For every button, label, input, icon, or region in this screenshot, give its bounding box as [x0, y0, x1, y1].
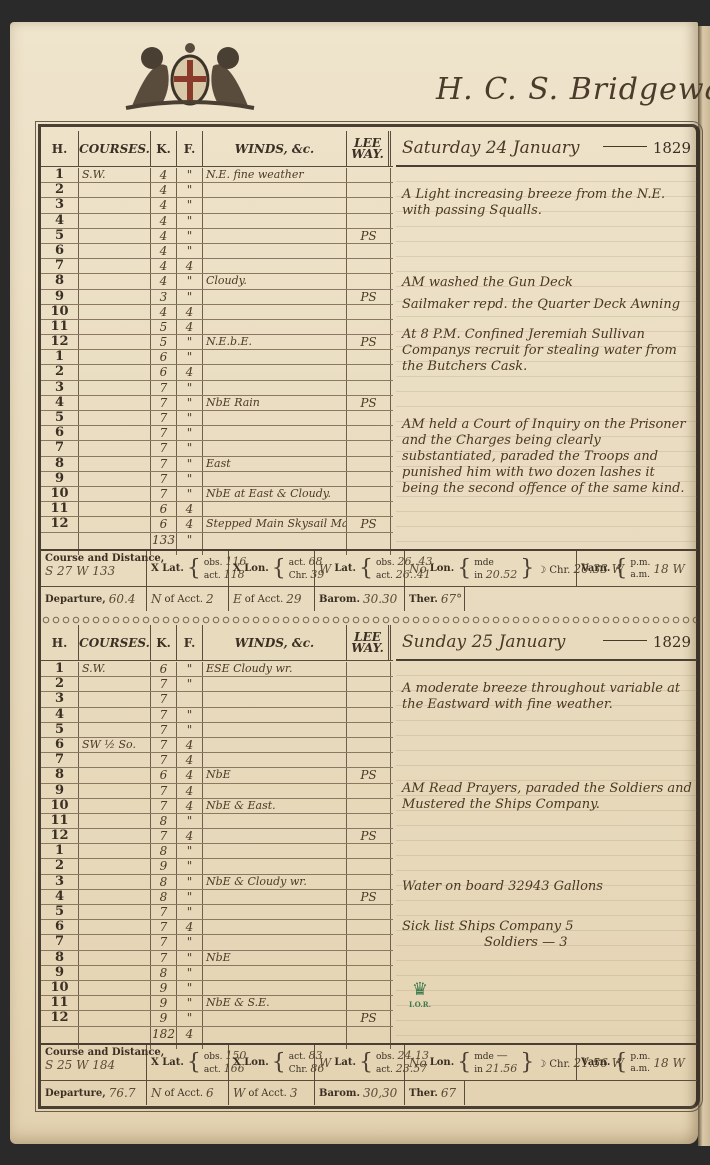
winds-cell — [203, 890, 347, 904]
fathoms-cell: " — [177, 198, 203, 212]
hour-cell: 7 — [41, 259, 79, 273]
lon-mde: — — [497, 1049, 508, 1062]
knots-cell: 6 — [151, 768, 177, 782]
hour-cell: 6 — [41, 244, 79, 258]
w-acct-label: of Acct. — [248, 1088, 287, 1099]
leeway-cell — [347, 274, 391, 288]
table-row: 264 — [41, 365, 393, 380]
date-dash — [603, 640, 647, 641]
fathoms-cell: " — [177, 244, 203, 258]
hour-cell: 8 — [41, 274, 79, 288]
course-cell — [79, 1011, 151, 1025]
journal-entry: AM Read Prayers, paraded the Soldiers an… — [402, 781, 694, 813]
n-acct-direction: N — [151, 592, 162, 606]
knots-cell: 4 — [151, 305, 177, 319]
leeway-cell — [347, 799, 391, 813]
hour-cell: 10 — [41, 487, 79, 501]
table-row: 44" — [41, 214, 393, 229]
course-cell — [79, 708, 151, 722]
winds-cell — [203, 411, 347, 425]
course-cell — [79, 905, 151, 919]
journal-entry: AM washed the Gun Deck — [402, 275, 694, 291]
course-cell — [79, 350, 151, 364]
leeway-cell: PS — [347, 229, 391, 243]
fathoms-cell: " — [177, 859, 203, 873]
winds-cell — [203, 935, 347, 949]
n-acct-label: of Acct. — [165, 594, 204, 605]
winds-cell — [203, 381, 347, 395]
year: 1829 — [653, 633, 691, 651]
lon-in: 20.52 — [486, 568, 518, 581]
fathoms-cell: 4 — [177, 738, 203, 752]
table-row: 38"NbE & Cloudy wr. — [41, 875, 393, 890]
course-cell — [79, 981, 151, 995]
variation-label: Varn. — [581, 563, 610, 574]
table-row: 87"East — [41, 457, 393, 472]
hour-cell: 11 — [41, 320, 79, 334]
knots-cell: 4 — [151, 168, 177, 182]
winds-cell: N.E. fine weather — [203, 168, 347, 182]
knots-cell: 9 — [151, 1011, 177, 1025]
knots-cell: 4 — [151, 259, 177, 273]
hour-cell: 3 — [41, 875, 79, 889]
knots-cell: 9 — [151, 981, 177, 995]
knots-cell: 5 — [151, 320, 177, 334]
fathoms-cell: " — [177, 411, 203, 425]
fathoms-cell: " — [177, 229, 203, 243]
n-acct-value: 6 — [206, 1086, 214, 1100]
xlon-label: X Lon. — [233, 1057, 269, 1068]
coat-of-arms-icon — [112, 36, 268, 114]
course-cell — [79, 411, 151, 425]
knots-cell: 7 — [151, 738, 177, 752]
brace-icon: { — [457, 1052, 471, 1074]
hour-cell: 2 — [41, 183, 79, 197]
fathoms-cell: " — [177, 951, 203, 965]
leeway-cell — [347, 259, 391, 273]
table-row: 87"NbE — [41, 951, 393, 966]
course-cell — [79, 859, 151, 873]
winds-cell — [203, 441, 347, 455]
journal-entry: Sick list Ships Company 5 — [402, 919, 694, 935]
leeway-cell: PS — [347, 335, 391, 349]
course-cell — [79, 214, 151, 228]
knots-cell: 4 — [151, 274, 177, 288]
table-row: 34" — [41, 198, 393, 213]
hour-cell: 2 — [41, 677, 79, 691]
knots-cell: 7 — [151, 396, 177, 410]
table-row: 1074NbE & East. — [41, 799, 393, 814]
winds-cell — [203, 244, 347, 258]
table-row: 6SW ½ So.74 — [41, 738, 393, 753]
fathoms-cell: " — [177, 274, 203, 288]
course-cell — [79, 244, 151, 258]
knots-cell: 7 — [151, 472, 177, 486]
fathoms-cell: " — [177, 905, 203, 919]
winds-cell — [203, 472, 347, 486]
lat-direction: W — [319, 1056, 331, 1070]
fathoms-cell: " — [177, 426, 203, 440]
barometer-value: 30,30 — [363, 1086, 397, 1100]
table-row: 125"N.E.b.E.PS — [41, 335, 393, 350]
fathoms-cell: " — [177, 996, 203, 1010]
hour-cell: 9 — [41, 290, 79, 304]
leeway-cell — [347, 935, 391, 949]
course-cell — [79, 517, 151, 531]
barometer-label: Barom. — [319, 594, 360, 605]
library-stamp: ♛ I.O.R. — [405, 980, 435, 1016]
winds-cell — [203, 723, 347, 737]
journal-column: Saturday 24 January 1829 A Light increas… — [396, 131, 697, 547]
fathoms-cell: 4 — [177, 517, 203, 531]
knots-cell: 4 — [151, 183, 177, 197]
table-row: 29" — [41, 859, 393, 874]
leeway-cell: PS — [347, 517, 391, 531]
course-cell — [79, 966, 151, 980]
hour-cell: 1 — [41, 350, 79, 364]
fathoms-cell: 4 — [177, 305, 203, 319]
knots-cell: 4 — [151, 198, 177, 212]
hour-cell: 7 — [41, 441, 79, 455]
journal-entry: AM held a Court of Inquiry on the Prison… — [402, 417, 694, 497]
hourly-rows: 1S.W.4"N.E. fine weather24"34"44"54"PS64… — [41, 168, 393, 555]
knots-cell: 7 — [151, 920, 177, 934]
fathoms-cell: " — [177, 723, 203, 737]
header-courses: COURSES. — [79, 625, 151, 661]
knots-cell: 8 — [151, 814, 177, 828]
brace-icon: { — [272, 1052, 286, 1074]
header-leeway: LEE WAY. — [347, 131, 391, 167]
hour-cell: 3 — [41, 381, 79, 395]
leeway-cell — [347, 996, 391, 1010]
course-cell — [79, 920, 151, 934]
table-row: 77" — [41, 935, 393, 950]
winds-cell — [203, 1011, 347, 1025]
fathoms-cell: " — [177, 814, 203, 828]
table-row: 16" — [41, 350, 393, 365]
fathoms-cell — [177, 692, 203, 706]
leeway-cell — [347, 920, 391, 934]
leeway-cell — [347, 411, 391, 425]
knots-cell: 7 — [151, 411, 177, 425]
hour-cell: 6 — [41, 738, 79, 752]
leeway-cell — [347, 708, 391, 722]
winds-cell — [203, 350, 347, 364]
table-row: 47" — [41, 708, 393, 723]
brace-icon: { — [359, 1052, 373, 1074]
e-acct-value: 29 — [286, 592, 301, 606]
hour-cell: 7 — [41, 753, 79, 767]
log-ledger: H. COURSES. K. F. WINDS, &c. LEE WAY. 1S… — [38, 124, 700, 1109]
brace-icon: } — [520, 558, 534, 580]
winds-cell — [203, 981, 347, 995]
ship-name-title: H. C. S. Bridgewater — [436, 72, 710, 107]
knots-cell: 7 — [151, 951, 177, 965]
fathoms-cell: " — [177, 662, 203, 676]
brace-icon: { — [613, 1052, 627, 1074]
winds-cell — [203, 320, 347, 334]
daily-summary: Course and Distance, S 25 W 184 X Lat. {… — [41, 1043, 697, 1105]
departure-label: Departure, — [45, 594, 106, 605]
table-row: 118" — [41, 814, 393, 829]
leeway-cell — [347, 244, 391, 258]
table-row: 57" — [41, 723, 393, 738]
leeway-cell — [347, 457, 391, 471]
knots-cell: 7 — [151, 441, 177, 455]
journal-body: A moderate breeze throughout variable at… — [396, 661, 697, 1041]
brace-icon: { — [457, 558, 471, 580]
leeway-cell — [347, 183, 391, 197]
leeway-cell — [347, 814, 391, 828]
winds-cell: NbE & S.E. — [203, 996, 347, 1010]
course-cell — [79, 426, 151, 440]
e-acct-direction: E — [233, 592, 242, 606]
course-cell — [79, 951, 151, 965]
leeway-cell — [347, 198, 391, 212]
fathoms-cell: 4 — [177, 784, 203, 798]
crown-icon: ♛ — [405, 980, 435, 1000]
table-row: 864NbEPS — [41, 768, 393, 783]
hour-cell: 2 — [41, 365, 79, 379]
barometer-value: 30.30 — [363, 592, 397, 606]
knots-cell: 7 — [151, 487, 177, 501]
knots-cell: 8 — [151, 966, 177, 980]
winds-cell: N.E.b.E. — [203, 335, 347, 349]
journal-entry: Water on board 32943 Gallons — [402, 879, 694, 895]
brace-icon: { — [187, 558, 201, 580]
course-cell — [79, 677, 151, 691]
leeway-cell — [347, 662, 391, 676]
course-cell: SW ½ So. — [79, 738, 151, 752]
winds-cell — [203, 692, 347, 706]
hour-cell: 11 — [41, 814, 79, 828]
leeway-cell — [347, 350, 391, 364]
fathoms-cell: " — [177, 472, 203, 486]
fathoms-cell: " — [177, 396, 203, 410]
leeway-cell — [347, 168, 391, 182]
winds-cell — [203, 677, 347, 691]
winds-cell: NbE & Cloudy wr. — [203, 875, 347, 889]
journal-entry: At 8 P.M. Confined Jeremiah Sullivan Com… — [402, 327, 694, 375]
fathoms-cell: " — [177, 844, 203, 858]
leeway-cell — [347, 753, 391, 767]
leeway-cell — [347, 214, 391, 228]
table-row: 1264Stepped Main Skysail Mast.PS — [41, 517, 393, 532]
daily-summary: Course and Distance, S 27 W 133 X Lat. {… — [41, 549, 697, 611]
knots-cell: 7 — [151, 457, 177, 471]
hour-cell: 5 — [41, 723, 79, 737]
brace-icon: { — [613, 558, 627, 580]
course-cell: S.W. — [79, 168, 151, 182]
winds-cell — [203, 920, 347, 934]
hour-cell: 8 — [41, 951, 79, 965]
winds-cell — [203, 229, 347, 243]
table-row: 119"NbE & S.E. — [41, 996, 393, 1011]
leeway-cell — [347, 692, 391, 706]
course-cell — [79, 320, 151, 334]
fathoms-cell: " — [177, 441, 203, 455]
variation-value: 18 W — [653, 1056, 684, 1070]
table-row: 97" — [41, 472, 393, 487]
hour-cell: 4 — [41, 214, 79, 228]
table-header: H. COURSES. K. F. WINDS, &c. LEE WAY. — [41, 625, 393, 661]
stamp-label: I.O.R. — [405, 1000, 435, 1009]
table-row: 98" — [41, 966, 393, 981]
header-hour: H. — [41, 625, 79, 661]
winds-cell — [203, 738, 347, 752]
moon-icon: ☽ — [537, 1059, 546, 1070]
winds-cell — [203, 365, 347, 379]
hour-cell: 9 — [41, 966, 79, 980]
fathoms-cell: " — [177, 487, 203, 501]
leeway-cell — [347, 951, 391, 965]
fathoms-cell: " — [177, 381, 203, 395]
winds-cell: NbE Rain — [203, 396, 347, 410]
fathoms-cell: " — [177, 935, 203, 949]
hour-cell: 8 — [41, 457, 79, 471]
table-row: 774 — [41, 753, 393, 768]
table-row: 1044 — [41, 305, 393, 320]
fathoms-cell: " — [177, 875, 203, 889]
winds-cell: East — [203, 457, 347, 471]
knots-cell: 8 — [151, 875, 177, 889]
table-row: 54"PS — [41, 229, 393, 244]
table-row: 18" — [41, 844, 393, 859]
knots-cell: 6 — [151, 517, 177, 531]
leeway-cell — [347, 875, 391, 889]
table-row: 64" — [41, 244, 393, 259]
winds-cell: Cloudy. — [203, 274, 347, 288]
hour-cell: 12 — [41, 517, 79, 531]
brace-icon: { — [187, 1052, 201, 1074]
hour-cell: 2 — [41, 859, 79, 873]
knots-cell: 4 — [151, 229, 177, 243]
hour-cell: 1 — [41, 662, 79, 676]
fathoms-cell: 4 — [177, 320, 203, 334]
leeway-cell — [347, 844, 391, 858]
course-distance-value: S 25 W 184 — [45, 1058, 115, 1072]
table-row: 744 — [41, 259, 393, 274]
winds-cell — [203, 214, 347, 228]
leeway-cell: PS — [347, 829, 391, 843]
header-leeway: LEE WAY. — [347, 625, 391, 661]
table-row: 1154 — [41, 320, 393, 335]
journal-column: Sunday 25 January 1829 A moderate breeze… — [396, 625, 697, 1041]
table-header: H. COURSES. K. F. WINDS, &c. LEE WAY. — [41, 131, 393, 167]
variation-value: 18 W — [653, 562, 684, 576]
hour-cell: 11 — [41, 502, 79, 516]
fathoms-cell: 4 — [177, 259, 203, 273]
winds-cell — [203, 859, 347, 873]
fathoms-cell: " — [177, 1011, 203, 1025]
course-cell — [79, 487, 151, 501]
date-dash — [603, 146, 647, 147]
knots-cell: 6 — [151, 350, 177, 364]
knots-cell: 4 — [151, 244, 177, 258]
knots-cell: 7 — [151, 692, 177, 706]
chr-label: Chr. — [549, 1059, 570, 1070]
hourly-rows: 1S.W.6"ESE Cloudy wr.27"3747"57"6SW ½ So… — [41, 662, 393, 1049]
fathoms-cell: " — [177, 677, 203, 691]
table-row: 107"NbE at East & Cloudy. — [41, 487, 393, 502]
course-cell — [79, 723, 151, 737]
lat-label: Lat. — [334, 1057, 356, 1068]
fathoms-cell: 4 — [177, 365, 203, 379]
lon-direction: No — [409, 562, 427, 576]
knots-cell: 7 — [151, 829, 177, 843]
hour-cell: 1 — [41, 844, 79, 858]
hour-cell: 5 — [41, 411, 79, 425]
course-cell — [79, 502, 151, 516]
lat-direction: W — [319, 562, 331, 576]
course-cell — [79, 935, 151, 949]
course-cell — [79, 365, 151, 379]
hour-cell: 5 — [41, 905, 79, 919]
table-row: 1S.W.4"N.E. fine weather — [41, 168, 393, 183]
journal-entry: Sailmaker repd. the Quarter Deck Awning — [402, 297, 694, 313]
hour-cell: 10 — [41, 799, 79, 813]
table-row: 1S.W.6"ESE Cloudy wr. — [41, 662, 393, 677]
journal-entry: A Light increasing breeze from the N.E. … — [402, 187, 694, 219]
course-cell — [79, 198, 151, 212]
lon-direction: No — [409, 1056, 427, 1070]
header-hour: H. — [41, 131, 79, 167]
course-distance-value: S 27 W 133 — [45, 564, 115, 578]
course-cell — [79, 396, 151, 410]
leeway-cell: PS — [347, 290, 391, 304]
fathoms-cell: " — [177, 183, 203, 197]
e-acct-label: of Acct. — [245, 594, 284, 605]
knots-cell: 6 — [151, 365, 177, 379]
table-row: 48"PS — [41, 890, 393, 905]
table-row: 974 — [41, 784, 393, 799]
lat-label: Lat. — [334, 563, 356, 574]
lon-in: 21.56 — [486, 1062, 518, 1075]
departure-value: 60.4 — [109, 592, 136, 606]
knots-cell: 3 — [151, 290, 177, 304]
table-row: 1164 — [41, 502, 393, 517]
knots-cell: 8 — [151, 890, 177, 904]
knots-cell: 4 — [151, 214, 177, 228]
header-courses: COURSES. — [79, 131, 151, 167]
leeway-cell — [347, 472, 391, 486]
header-knots: K. — [151, 625, 177, 661]
fathoms-cell: 4 — [177, 753, 203, 767]
winds-cell — [203, 290, 347, 304]
winds-cell: NbE at East & Cloudy. — [203, 487, 347, 501]
knots-cell: 7 — [151, 426, 177, 440]
course-cell — [79, 335, 151, 349]
course-cell — [79, 996, 151, 1010]
brace-icon: } — [520, 1052, 534, 1074]
departure-value: 76.7 — [109, 1086, 136, 1100]
leeway-cell — [347, 966, 391, 980]
leeway-cell: PS — [347, 768, 391, 782]
table-row: 67" — [41, 426, 393, 441]
moon-icon: ☽ — [537, 565, 546, 576]
journal-date-header: Sunday 25 January 1829 — [396, 625, 697, 661]
winds-cell — [203, 305, 347, 319]
winds-cell — [203, 905, 347, 919]
hour-cell: 6 — [41, 426, 79, 440]
year: 1829 — [653, 139, 691, 157]
hour-cell: 5 — [41, 229, 79, 243]
winds-cell: Stepped Main Skysail Mast. — [203, 517, 347, 531]
hour-cell: 12 — [41, 335, 79, 349]
header-fathoms: F. — [177, 625, 203, 661]
table-row: 37" — [41, 381, 393, 396]
table-row: 27" — [41, 677, 393, 692]
